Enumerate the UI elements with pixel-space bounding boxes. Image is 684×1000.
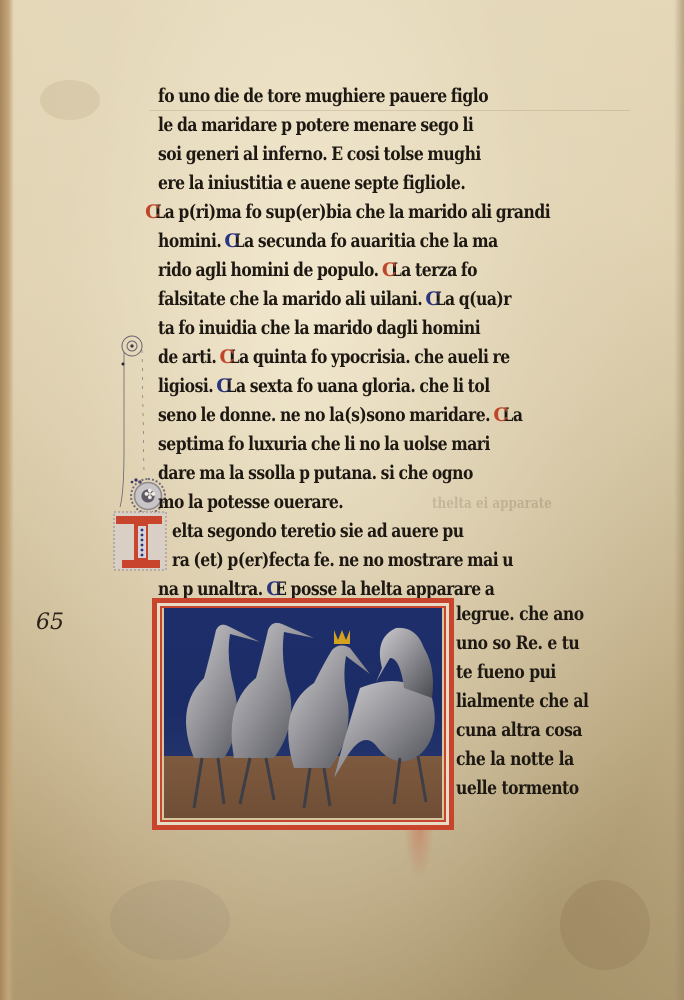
line-text: soi generi al inferno. E cosi tolse mugh… (158, 143, 481, 165)
text-line: de arti. CLa quinta fo ypocrisia. che au… (158, 343, 510, 371)
line-text: fo uno die de tore mughiere pauere figlo (158, 85, 488, 107)
red-paraph-icon: C (220, 343, 230, 371)
text-line: homini. CLa secunda fo auaritia che la m… (158, 227, 498, 255)
line-text: elta segondo teretio sie ad auere pu (172, 520, 464, 542)
line-text: ere la iniustitia e auene septe figliole… (158, 172, 465, 194)
line-text: ta fo inuidia che la marido dagli homini (158, 317, 480, 339)
miniature-illustration (152, 598, 454, 830)
line-text: La p(ri)ma fo sup(er)bia che la marido a… (154, 201, 550, 223)
text-line: elta segondo teretio sie ad auere pu (172, 517, 464, 545)
line-text: rido agli homini de populo. (158, 259, 379, 281)
line-text: ligiosi. (158, 375, 213, 397)
text-line: seno le donne. ne no la(s)sono maridare.… (158, 401, 522, 429)
line-text: La quinta fo ypocrisia. che aueli re (229, 346, 510, 368)
show-through-text: thelta ei apparate (432, 494, 552, 516)
text-line: ligiosi. CLa sexta fo uana gloria. che l… (158, 372, 490, 400)
line-text: dare ma la ssolla p putana. si che ogno (158, 462, 473, 484)
illuminated-initial-I-icon (112, 510, 168, 572)
line-text: de arti. (158, 346, 216, 368)
line-text: La terza fo (391, 259, 477, 281)
blue-paraph-icon: C (225, 227, 235, 255)
quatrefoil-icon: ✤ (144, 488, 156, 502)
line-text: ra (et) p(er)fecta fe. ne no mostrare ma… (172, 549, 513, 571)
parchment-stain (40, 80, 100, 120)
blue-paraph-icon: C (425, 285, 435, 313)
text-line: falsitate che la marido ali uilani. CLa … (158, 285, 511, 313)
line-text: La q(ua)r (435, 288, 512, 310)
text-line: cuna altra cosa (456, 716, 582, 744)
text-line: le da maridare p potere menare sego li (158, 111, 473, 139)
red-pigment-stain (404, 830, 434, 880)
line-text: La secunda fo auaritia che la ma (234, 230, 498, 252)
line-text: La sexta fo uana gloria. che li tol (226, 375, 490, 397)
line-text: septima fo luxuria che li no la uolse ma… (158, 433, 490, 455)
red-paraph-icon: C (145, 198, 155, 226)
parchment-stain (110, 880, 230, 960)
text-line: te fueno pui (456, 658, 556, 686)
text-line: uelle tormento (456, 774, 579, 802)
text-line: rido agli homini de populo. CLa terza fo (158, 256, 477, 284)
red-paraph-icon: C (493, 401, 503, 429)
line-text: homini. (158, 230, 221, 252)
text-line: ra (et) p(er)fecta fe. ne no mostrare ma… (172, 546, 513, 574)
manuscript-page: 65 ✤ fo uno die de tore mughiere pauere … (0, 0, 684, 1000)
text-line: legrue. che ano (456, 600, 584, 628)
text-line: uno so Re. e tu (456, 629, 579, 657)
text-line: CLa p(ri)ma fo sup(er)bia che la marido … (146, 198, 550, 226)
line-text: mo la potesse ouerare. (158, 491, 343, 513)
binding-gutter (0, 0, 14, 1000)
text-line: septima fo luxuria che li no la uolse ma… (158, 430, 490, 458)
parchment-stain (560, 880, 650, 970)
text-line: che la notte la (456, 745, 574, 773)
line-text: seno le donne. ne no la(s)sono maridare. (158, 404, 490, 426)
text-line: mo la potesse ouerare. (158, 488, 343, 516)
text-line: dare ma la ssolla p putana. si che ogno (158, 459, 473, 487)
line-text: falsitate che la marido ali uilani. (158, 288, 422, 310)
text-line: lialmente che al (456, 687, 588, 715)
line-text: na p unaltra. (158, 578, 263, 600)
line-text: E posse la helta apparare a (275, 578, 494, 600)
red-paraph-icon: C (382, 256, 392, 284)
text-line: ta fo inuidia che la marido dagli homini (158, 314, 480, 342)
text-line: ere la iniustitia e auene septe figliole… (158, 169, 465, 197)
blue-paraph-icon: C (217, 372, 227, 400)
miniature-frame (152, 598, 454, 830)
line-text: le da maridare p potere menare sego li (158, 114, 473, 136)
page-edge-shadow (674, 0, 684, 1000)
text-line: soi generi al inferno. E cosi tolse mugh… (158, 140, 481, 168)
text-line: fo uno die de tore mughiere pauere figlo (158, 82, 488, 110)
folio-number: 65 (36, 610, 64, 635)
